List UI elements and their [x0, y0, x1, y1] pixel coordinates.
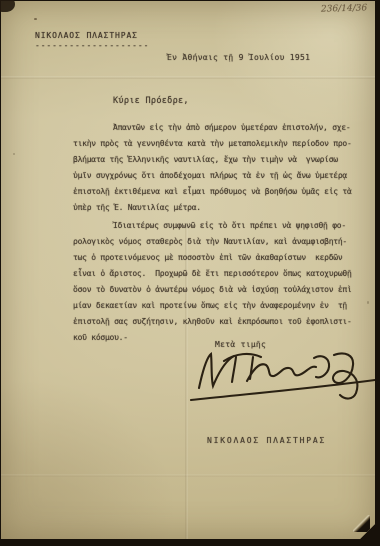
- ink-speck: [13, 153, 15, 155]
- horizontal-fold-crease-top: [1, 76, 375, 79]
- letterhead-sender-name: ΝΙΚΟΛΑΟΣ ΠΛΑΣΤΗΡΑΣ: [35, 31, 149, 40]
- paper-sheet: 236/14/36 ΝΙΚΟΛΑΟΣ ΠΛΑΣΤΗΡΑΣ -----------…: [1, 1, 375, 539]
- ink-speck: [34, 18, 37, 20]
- dateline: Ἐν Ἀθήναις τῇ 9 Ἰουλίου 1951: [167, 53, 310, 62]
- typed-line: ὑπὲρ τῆς Ἑ. Ναυτιλίας μέτρα.: [73, 200, 367, 216]
- folded-corner: [353, 515, 370, 532]
- typed-signature-name: ΝΙΚΟΛΑΟΣ ΠΛΑΣΤΗΡΑΣ: [207, 436, 326, 445]
- signature-strokes: [187, 347, 379, 407]
- salutation: Κύριε Πρόεδρε,: [113, 96, 189, 106]
- typed-line: μίαν δεκαετίαν καὶ προτείνω ὅπως εἰς τὴν…: [73, 298, 367, 314]
- typed-line: Ἀπαντῶν εἰς τὴν ἀπὸ σήμερον ὑμετέραν ἐπι…: [73, 120, 367, 136]
- typed-line: τικὴν πρὸς τὰ γεννηθέντα κατὰ τὴν μεταπο…: [73, 136, 367, 152]
- letterhead-underline: --------------------: [35, 41, 149, 50]
- typed-line: ὑμῖν συγχρόνως ὅτι ἀποδέχομαι πλήρως τὰ …: [73, 168, 367, 184]
- ink-speck: [367, 301, 369, 304]
- archive-reference-number: 236/14/36: [321, 3, 367, 14]
- handwritten-signature: [187, 347, 379, 407]
- typed-line: ἐπιστολῇ σας συζήτησιν, κληθοῦν καὶ ἐκπρ…: [73, 314, 367, 330]
- letterhead: ΝΙΚΟΛΑΟΣ ΠΛΑΣΤΗΡΑΣ --------------------: [35, 31, 149, 50]
- scanned-letter: 236/14/36 ΝΙΚΟΛΑΟΣ ΠΛΑΣΤΗΡΑΣ -----------…: [0, 0, 380, 546]
- typed-line: ὅσον τὸ δυνατὸν ὁ ἀνωτέρω νόμος διὰ νὰ ἰ…: [73, 282, 367, 298]
- typed-line: τως ὁ προτεινόμενος μὲ ποσοστὸν ἐπὶ τῶν …: [73, 250, 367, 266]
- typed-line: ρολογικὸς νόμος σταθερὸς διὰ τὴν Ναυτιλί…: [73, 234, 367, 250]
- typed-line: βλήματα τῆς Ἑλληνικῆς ναυτιλίας, ἔχω τὴν…: [73, 152, 367, 168]
- typed-line: ἐπιστολῇ ἐκτιθέμενα καὶ εἶμαι πρόθυμος ν…: [73, 184, 367, 200]
- horizontal-fold-crease-bottom: [1, 474, 375, 477]
- body-paragraph-2: Ἰδιαιτέρως συμφωνῶ εἰς τὸ ὅτι πρέπει νὰ …: [73, 218, 367, 346]
- typed-line: Ἰδιαιτέρως συμφωνῶ εἰς τὸ ὅτι πρέπει νὰ …: [73, 218, 367, 234]
- typed-line: εἶναι ὁ ἄριστος. Προχωρῶ δὲ ἔτι περισσότ…: [73, 266, 367, 282]
- body-paragraph-1: Ἀπαντῶν εἰς τὴν ἀπὸ σήμερον ὑμετέραν ἐπι…: [73, 120, 367, 216]
